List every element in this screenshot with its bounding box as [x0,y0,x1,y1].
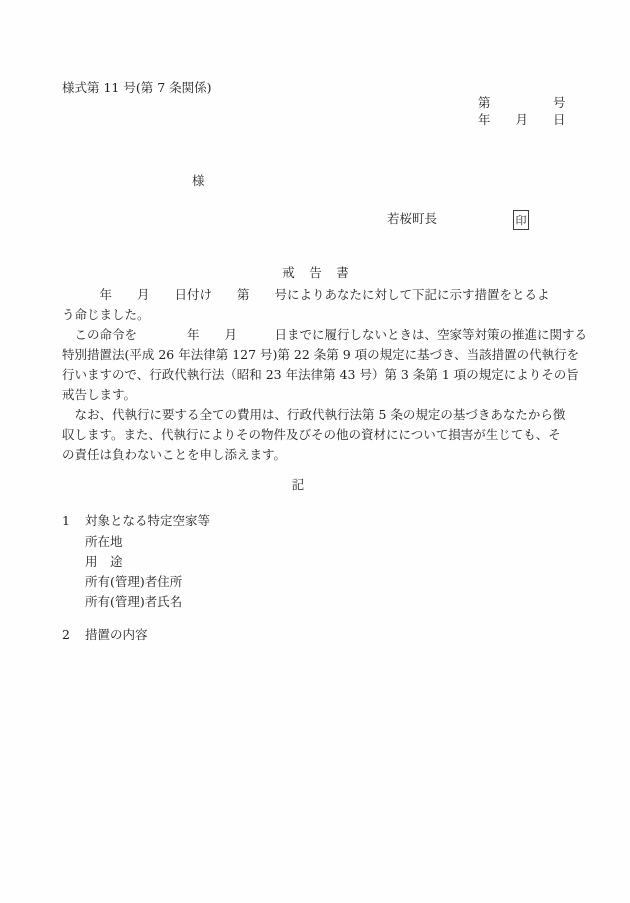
seal-label: 印 [516,215,527,226]
issuer-name: 若桜町長 [387,212,437,226]
document-number-blank: 第 号 [478,96,566,110]
body-line: 収します。また、代執行によりその物件及びその他の資材にについて損害が生じても、そ [62,428,561,442]
list-item-number: 2 [62,628,85,642]
detail-use: 用 途 [85,555,123,569]
detail-owner-address: 所有(管理)者住所 [85,575,182,589]
list-item-2: 2 措置の内容 [62,628,148,642]
seal-box: 印 [513,210,529,230]
form-label: 様式第 11 号(第 7 条関係) [62,81,212,95]
list-item-number: 1 [62,514,85,528]
body-line: う命じました。 [62,308,150,322]
body-line: 特別措置法(平成 26 年法律第 127 号)第 22 条第 9 項の規定に基づ… [62,348,579,362]
detail-location: 所在地 [85,535,123,549]
body-line: 戒告します。 [62,388,136,402]
body-line: この命令を 年 月 日までに履行しないときは、空家等対策の推進に関する [62,328,587,342]
list-item-1: 1 対象となる特定空家等 [62,514,210,528]
addressee-honorific: 様 [192,174,205,188]
document-page: 様式第 11 号(第 7 条関係) 第 号 年 月 日 様 若桜町長 印 戒 告… [0,0,630,903]
body-line: なお、代執行に要する全ての費用は、行政代執行法第 5 条の規定の基づきあなたから… [62,408,565,422]
list-item-label: 対象となる特定空家等 [85,514,210,528]
body-line: 年 月 日付け 第 号によりあなたに対して下記に示す措置をとるよ [62,288,550,302]
list-item-label: 措置の内容 [85,628,148,642]
ki-marker: 記 [62,478,534,492]
body-line: の責任は負わないことを申し添えます。 [62,448,286,462]
date-blank: 年 月 日 [478,113,566,127]
detail-owner-name: 所有(管理)者氏名 [85,595,182,609]
document-title-text: 戒 告 書 [282,265,350,280]
body-line: 行いますので、行政代執行法（昭和 23 年法律第 43 号）第 3 条第 1 項… [62,368,579,382]
